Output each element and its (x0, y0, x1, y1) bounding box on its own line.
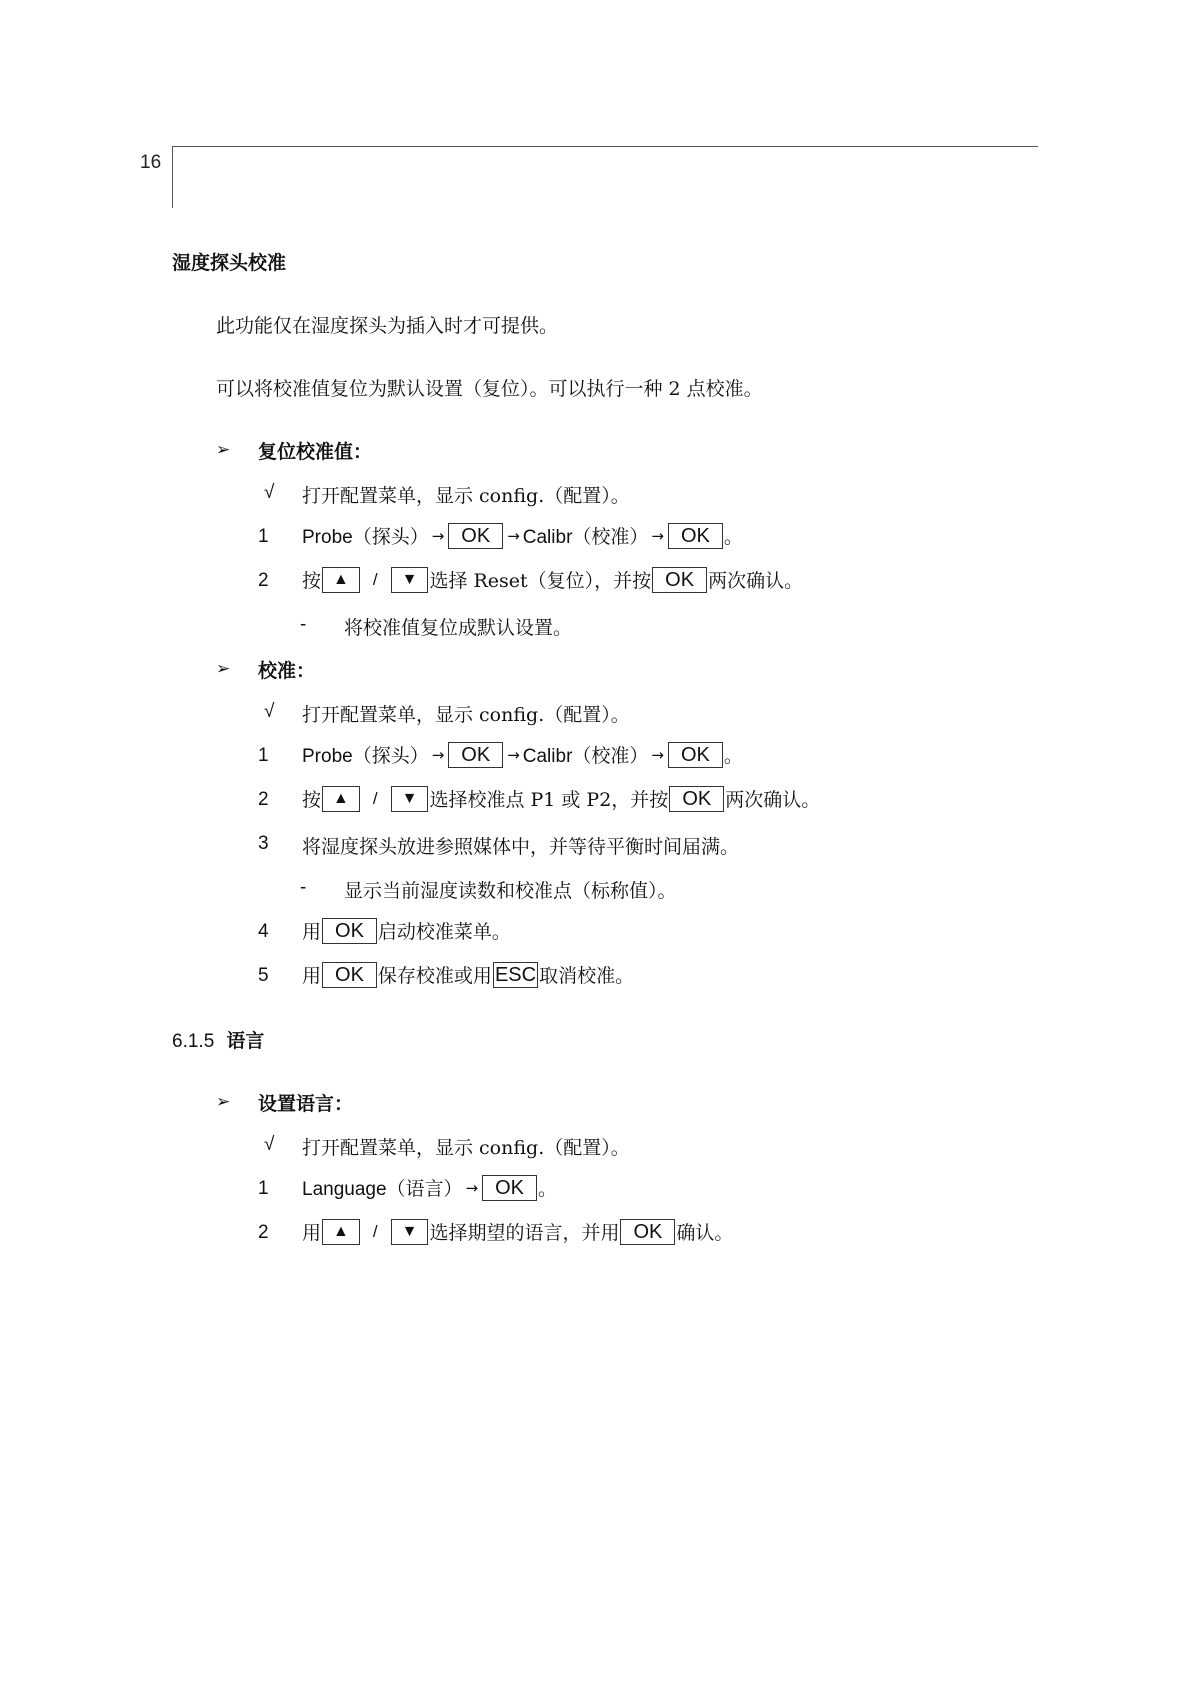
period: 。 (724, 522, 743, 549)
step-text: 两次确认。 (708, 566, 803, 593)
down-key-icon: ▼ (391, 567, 429, 593)
right-arrow-icon: → (466, 1179, 479, 1197)
step-text: 选择 Reset（复位），并按 (429, 566, 651, 593)
calibrate-heading: 校准： (258, 656, 315, 683)
calibr-menu-label: Calibr（校准） (523, 522, 649, 549)
step-text: 用 (302, 917, 321, 944)
step-text: 启动校准菜单。 (378, 917, 511, 944)
check-text: 打开配置菜单，显示 config.（配置）。 (302, 485, 630, 507)
dash-marker: - (300, 614, 306, 636)
reset-step-1: Probe（探头） → OK → Calibr（校准） → OK 。 (302, 522, 743, 549)
step-number: 1 (258, 745, 269, 767)
right-arrow-icon: → (432, 746, 445, 764)
step-text: 用 (302, 961, 321, 988)
ok-key: OK (322, 918, 377, 944)
step-text: 选择校准点 P1 或 P2，并按 (429, 785, 668, 812)
calibrate-step-3: 将湿度探头放进参照媒体中，并等待平衡时间届满。 (302, 832, 739, 859)
language-check-text: 打开配置菜单，显示 config.（配置）。 (302, 1133, 630, 1160)
esc-key: ESC (493, 962, 538, 988)
step-text: 按 (302, 785, 321, 812)
up-key-icon: ▲ (322, 786, 360, 812)
up-key-icon: ▲ (322, 1219, 360, 1245)
probe-menu-label: Probe（探头） (302, 741, 429, 768)
down-key-icon: ▼ (391, 786, 429, 812)
section-heading-language: 6.1.5 语言 (172, 1026, 264, 1053)
section-title: 语言 (226, 1030, 264, 1052)
ok-key: OK (620, 1219, 675, 1245)
header-rule-vertical (172, 146, 173, 208)
language-step-1: Language（语言） → OK 。 (302, 1174, 557, 1201)
slash: / (373, 1222, 378, 1242)
language-menu-label: Language（语言） (302, 1174, 463, 1201)
ok-key: OK (652, 567, 707, 593)
ok-key: OK (322, 962, 377, 988)
step-text: 用 (302, 1218, 321, 1245)
calibrate-note: 显示当前湿度读数和校准点（标称值）。 (344, 876, 677, 903)
ok-key: OK (448, 742, 503, 768)
step-text: 两次确认。 (725, 785, 820, 812)
step-number: 4 (258, 921, 269, 943)
ok-key: OK (668, 742, 723, 768)
dash-marker: - (300, 877, 306, 899)
step-number: 5 (258, 965, 269, 987)
arrow-bullet-icon: ➢ (216, 440, 230, 460)
language-step-2: 用 ▲ / ▼ 选择期望的语言，并用 OK 确认。 (302, 1218, 733, 1245)
right-arrow-icon: → (507, 527, 520, 545)
calibrate-check-text: 打开配置菜单，显示 config.（配置）。 (302, 700, 630, 727)
step-number: 3 (258, 833, 269, 855)
step-text: 保存校准或用 (378, 961, 492, 988)
ok-key: OK (669, 786, 724, 812)
reset-heading: 复位校准值： (258, 437, 372, 464)
down-key-icon: ▼ (391, 1219, 429, 1245)
step-number: 2 (258, 789, 269, 811)
check-icon: √ (264, 482, 274, 504)
up-key-icon: ▲ (322, 567, 360, 593)
calibrate-step-2: 按 ▲ / ▼ 选择校准点 P1 或 P2，并按 OK 两次确认。 (302, 785, 820, 812)
section-number: 6.1.5 (172, 1031, 214, 1052)
step-text: 选择期望的语言，并用 (429, 1218, 619, 1245)
step-text: 按 (302, 566, 321, 593)
ok-key: OK (448, 523, 503, 549)
calibrate-step-1: Probe（探头） → OK → Calibr（校准） → OK 。 (302, 741, 743, 768)
reset-step-2: 按 ▲ / ▼ 选择 Reset（复位），并按 OK 两次确认。 (302, 566, 803, 593)
intro-paragraph-2: 可以将校准值复位为默认设置（复位）。可以执行一种 2 点校准。 (216, 374, 763, 401)
page-number: 16 (140, 152, 161, 174)
reset-check-text: 打开配置菜单，显示 config.（配置）。 (302, 481, 630, 508)
step-number: 2 (258, 570, 269, 592)
calibrate-step-5: 用 OK 保存校准或用 ESC 取消校准。 (302, 961, 634, 988)
section-title: 湿度探头校准 (172, 248, 286, 275)
step-text: 取消校准。 (539, 961, 634, 988)
step-number: 1 (258, 1178, 269, 1200)
step-number: 2 (258, 1222, 269, 1244)
right-arrow-icon: → (432, 527, 445, 545)
right-arrow-icon: → (651, 746, 664, 764)
arrow-bullet-icon: ➢ (216, 659, 230, 679)
reset-note: 将校准值复位成默认设置。 (344, 613, 572, 640)
slash: / (373, 789, 378, 809)
arrow-bullet-icon: ➢ (216, 1092, 230, 1112)
calibrate-step-4: 用 OK 启动校准菜单。 (302, 917, 511, 944)
header-rule (172, 146, 1038, 147)
right-arrow-icon: → (651, 527, 664, 545)
step-text: 确认。 (676, 1218, 733, 1245)
ok-key: OK (668, 523, 723, 549)
slash: / (373, 570, 378, 590)
check-icon: √ (264, 701, 274, 723)
set-language-heading: 设置语言： (258, 1089, 353, 1116)
probe-menu-label: Probe（探头） (302, 522, 429, 549)
period: 。 (538, 1174, 557, 1201)
period: 。 (724, 741, 743, 768)
right-arrow-icon: → (507, 746, 520, 764)
step-number: 1 (258, 526, 269, 548)
check-icon: √ (264, 1134, 274, 1156)
ok-key: OK (482, 1175, 537, 1201)
calibr-menu-label: Calibr（校准） (523, 741, 649, 768)
intro-paragraph-1: 此功能仅在湿度探头为插入时才可提供。 (216, 311, 558, 338)
